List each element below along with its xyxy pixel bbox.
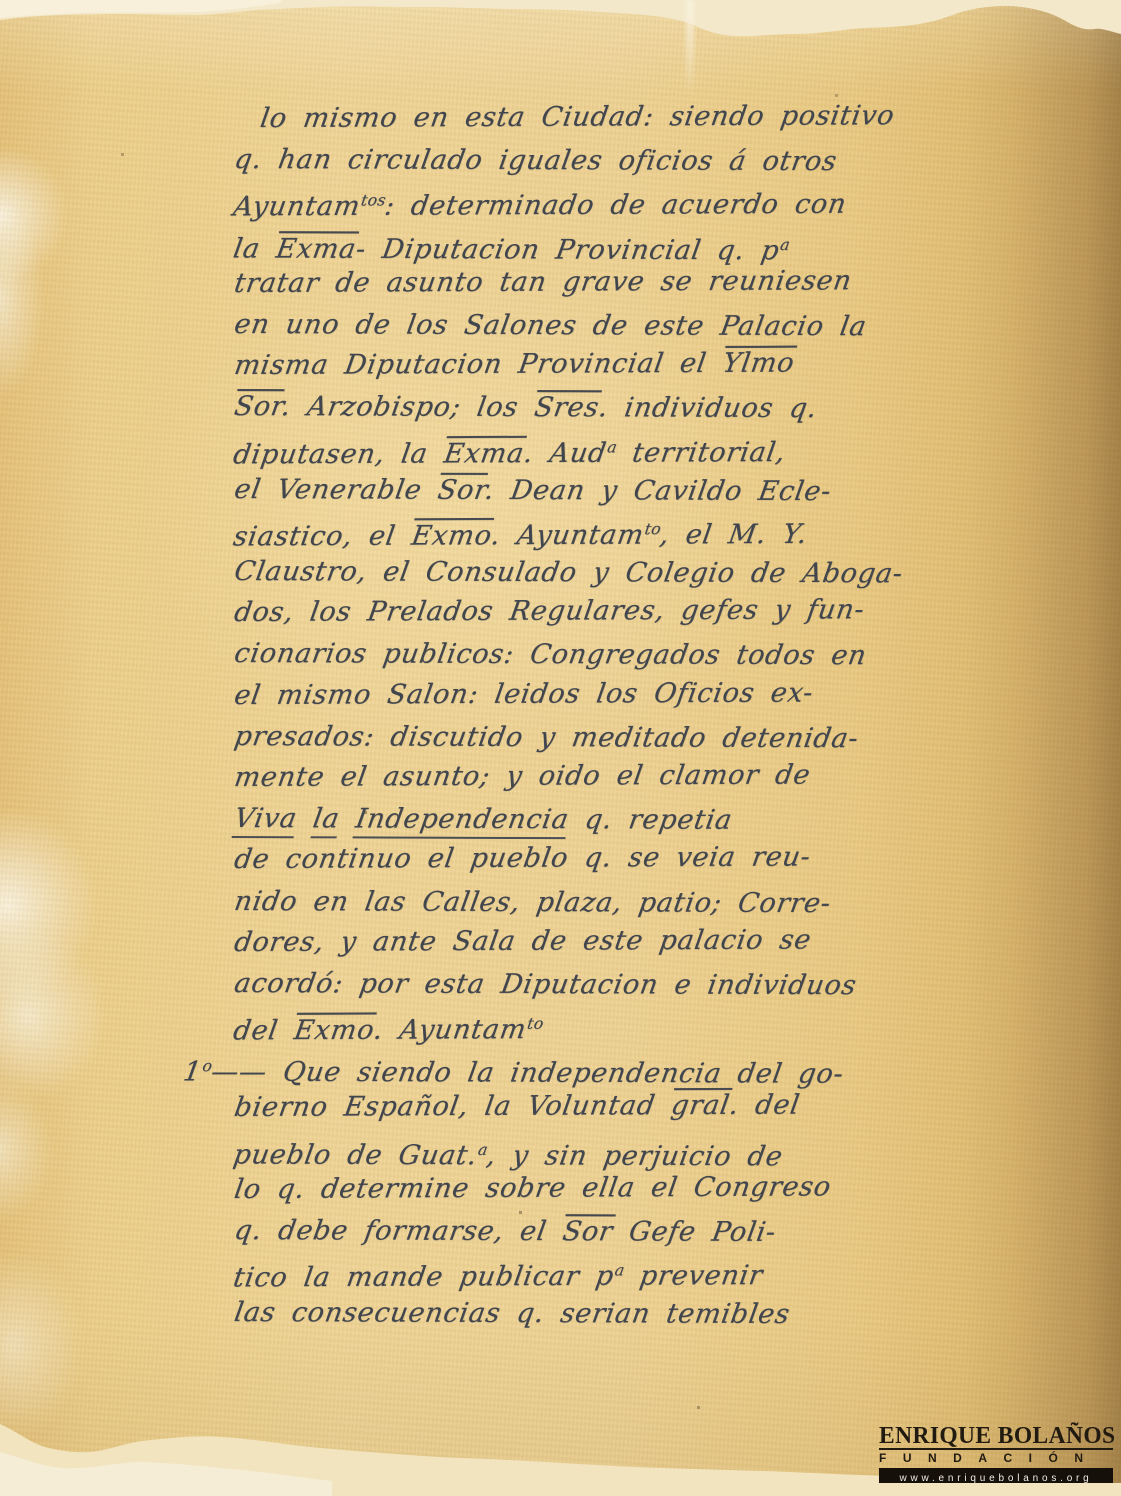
manuscript-line: del Exmo. Ayuntamto (231, 1001, 978, 1045)
manuscript-line: siastico, el Exmo. Ayuntamto, el M. Y. (231, 507, 978, 551)
manuscript-line: bierno Español, la Voluntad gral. del (231, 1083, 978, 1127)
paper-specks (0, 0, 1, 1)
manuscript-line: dores, y ante Sala de este palacio se (231, 919, 978, 963)
manuscript-line: Ayuntamtos: determinado de acuerdo con (231, 177, 978, 221)
manuscript-line: 1o—— Que siendo la independencia del go- (181, 1045, 977, 1089)
manuscript-line: tratar de asunto tan grave se reuniesen (231, 260, 978, 304)
manuscript-line: nido en las Calles, plaza, patio; Corre- (231, 881, 977, 925)
manuscript-line: Sor. Arzobispo; los Sres. individuos q. (231, 386, 977, 430)
manuscript-line: acordó: por esta Diputacion e individuos (231, 963, 977, 1007)
manuscript-line: dos, los Prelados Regulares, gefes y fun… (231, 589, 978, 633)
document-page: lo mismo en esta Ciudad: siendo positivo… (0, 0, 1121, 1496)
manuscript-line: el mismo Salon: leidos los Oficios ex- (231, 671, 978, 715)
manuscript-line: lo q. determine sobre ella el Congreso (231, 1166, 978, 1210)
manuscript-line: mente el asunto; y oido el clamor de (231, 754, 978, 798)
manuscript-line: en uno de los Salones de este Palacio la (231, 304, 977, 348)
manuscript-line: el Venerable Sor. Dean y Cavildo Ecle- (231, 469, 977, 513)
manuscript-line: lo mismo en esta Ciudad: siendo positivo (257, 95, 978, 139)
manuscript-text: lo mismo en esta Ciudad: siendo positivo… (232, 98, 972, 1334)
manuscript-line: tico la mande publicar pa prevenir (231, 1248, 978, 1292)
watermark-name: ENRIQUE BOLAÑOS (879, 1424, 1113, 1448)
manuscript-line: cionarios publicos: Congregados todos en (231, 633, 977, 677)
manuscript-line: misma Diputacion Provincial el Ylmo (231, 342, 978, 386)
manuscript-line: presados: discutido y meditado detenida- (231, 716, 977, 760)
manuscript-line: pueblo de Guat.a, y sin perjuicio de (231, 1128, 977, 1172)
watermark-url: www.enriquebolanos.org (899, 1473, 1092, 1483)
foundation-watermark: ENRIQUE BOLAÑOS FUNDACIÓN www.enriquebol… (879, 1424, 1113, 1483)
manuscript-line: de continuo el pueblo q. se veia reu- (231, 836, 978, 880)
paper-crease (686, 0, 694, 96)
watermark-org: FUNDACIÓN (879, 1452, 1113, 1464)
watermark-url-bar: www.enriquebolanos.org (879, 1468, 1113, 1483)
torn-edge-top (0, 0, 1121, 100)
manuscript-line: las consecuencias q. serian temibles (231, 1292, 977, 1336)
manuscript-line: la Exma- Diputacion Provincial q. pa (231, 222, 977, 266)
manuscript-line: diputasen, la Exma. Auda territorial, (231, 424, 978, 468)
